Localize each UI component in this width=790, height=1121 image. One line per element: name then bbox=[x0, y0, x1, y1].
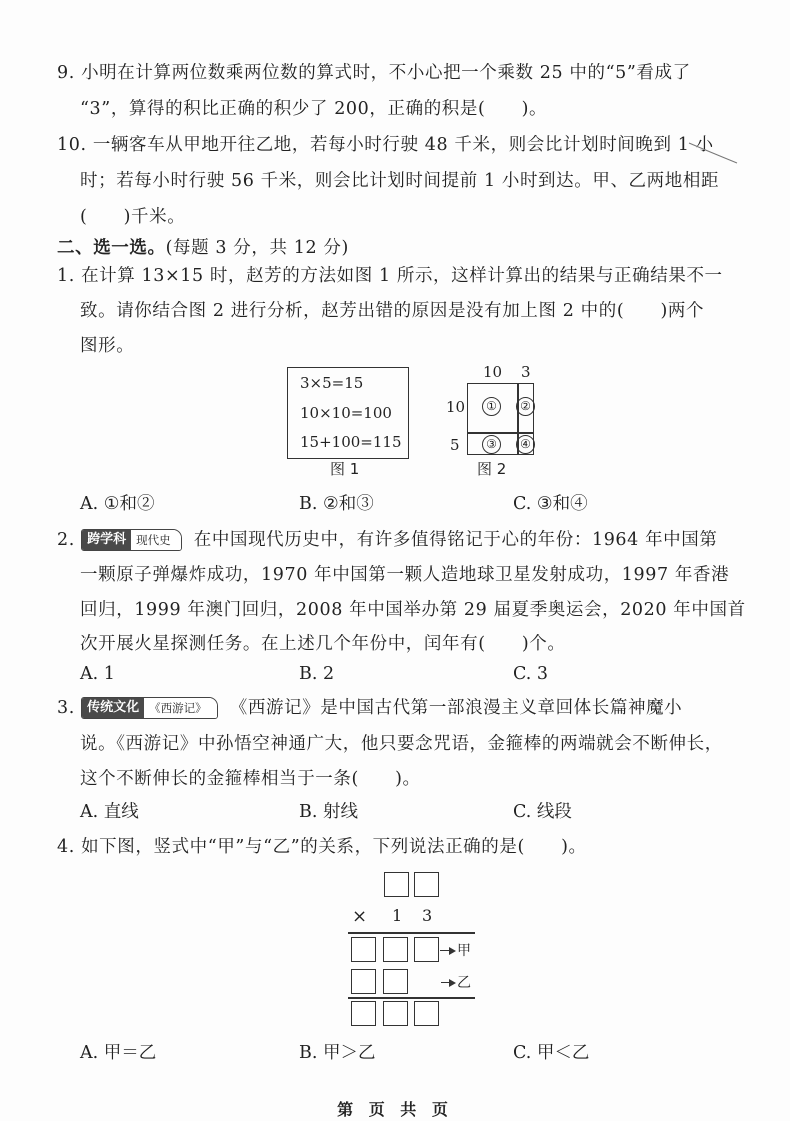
digit-box bbox=[383, 969, 408, 994]
figure-2-caption: 图 2 bbox=[477, 458, 506, 479]
option-letter: A. bbox=[80, 802, 98, 822]
arrow-right-icon bbox=[441, 982, 454, 983]
region-2-label: ② bbox=[516, 397, 535, 416]
figure-2-side-label: 5 bbox=[450, 436, 460, 454]
question-text: 《西游记》是中国古代第一部浪漫主义章回体长篇神魔小 bbox=[230, 698, 683, 718]
question-2-line-3: 回归，1999 年澳门回归，2008 年中国举办第 29 届夏季奥运会，2020… bbox=[80, 598, 746, 622]
figure-1-caption: 图 1 bbox=[330, 458, 359, 479]
section-title: 二、选一选。 bbox=[57, 238, 166, 258]
option-a[interactable]: A. 甲＝乙 bbox=[80, 1041, 156, 1065]
option-letter: A. bbox=[80, 1043, 98, 1063]
option-b[interactable]: B. 2 bbox=[299, 662, 334, 686]
subject-tag: 传统文化 《西游记》 bbox=[81, 697, 218, 719]
sum-line bbox=[348, 997, 475, 999]
digit-box bbox=[383, 937, 408, 962]
question-text: 在计算 13×15 时，赵芳的方法如图 1 所示，这样计算出的结果与正确结果不一 bbox=[81, 266, 723, 286]
option-b[interactable]: B. ②和③ bbox=[299, 492, 374, 516]
option-letter: C. bbox=[513, 1043, 531, 1063]
digit-box bbox=[414, 937, 439, 962]
option-a[interactable]: A. ①和② bbox=[80, 492, 154, 516]
multiplier-digit: 3 bbox=[422, 906, 432, 925]
option-letter: B. bbox=[299, 494, 317, 514]
question-3-line-1: 3. 传统文化 《西游记》 《西游记》是中国古代第一部浪漫主义章回体长篇神魔小 bbox=[57, 696, 682, 720]
option-text: ①和② bbox=[104, 494, 155, 514]
question-2-line-1: 2. 跨学科 现代史 在中国现代历史中，有许多值得铭记于心的年份：1964 年中… bbox=[57, 528, 717, 552]
sum-line bbox=[348, 932, 475, 934]
option-text: 2 bbox=[323, 664, 334, 684]
arrow-right-icon bbox=[440, 950, 454, 951]
option-text: 甲＞乙 bbox=[323, 1043, 376, 1063]
tag-secondary: 《西游记》 bbox=[144, 698, 217, 718]
option-letter: B. bbox=[299, 1043, 317, 1063]
digit-box bbox=[351, 969, 376, 994]
option-text: 线段 bbox=[537, 802, 572, 822]
figure-1-equation: 3×5=15 bbox=[300, 374, 363, 392]
option-letter: C. bbox=[513, 802, 531, 822]
option-c[interactable]: C. 线段 bbox=[513, 800, 572, 824]
figure-2-divider bbox=[467, 432, 534, 434]
tag-secondary: 现代史 bbox=[131, 530, 181, 550]
page-footer: 第 页 共 页 bbox=[0, 1097, 790, 1120]
figure-2-top-label: 3 bbox=[521, 363, 531, 381]
option-text: 3 bbox=[537, 664, 548, 684]
option-text: 甲＜乙 bbox=[537, 1043, 590, 1063]
digit-box bbox=[351, 1001, 376, 1026]
figure-1-equation: 10×10=100 bbox=[300, 404, 392, 422]
option-letter: A. bbox=[80, 494, 98, 514]
option-b[interactable]: B. 射线 bbox=[299, 800, 358, 824]
question-number: 3. bbox=[57, 698, 75, 718]
figure-2-top-label: 10 bbox=[483, 363, 502, 381]
question-number: 1. bbox=[57, 266, 75, 286]
section-2-heading: 二、选一选。(每题 3 分，共 12 分) bbox=[57, 236, 349, 260]
digit-box bbox=[414, 872, 439, 897]
digit-box bbox=[384, 872, 409, 897]
multiply-sign-icon: × bbox=[352, 906, 367, 927]
digit-box bbox=[351, 937, 376, 962]
figure-1-box: 3×5=15 10×10=100 15+100=115 bbox=[287, 367, 409, 459]
question-1-line-3: 图形。 bbox=[80, 334, 134, 358]
option-letter: B. bbox=[299, 802, 317, 822]
region-3-label: ③ bbox=[482, 435, 501, 454]
tag-primary: 跨学科 bbox=[82, 530, 131, 550]
row-label-yi: 乙 bbox=[457, 972, 471, 992]
row-label-jia: 甲 bbox=[457, 940, 471, 960]
figure-2-side-label: 10 bbox=[446, 398, 465, 416]
question-1-line-1: 1. 在计算 13×15 时，赵芳的方法如图 1 所示，这样计算出的结果与正确结… bbox=[57, 264, 723, 288]
question-number: 4. bbox=[57, 837, 75, 857]
question-1-line-2: 致。请你结合图 2 进行分析，赵芳出错的原因是没有加上图 2 中的( )两个 bbox=[80, 299, 704, 323]
option-text: 直线 bbox=[104, 802, 139, 822]
question-3-line-2: 说。《西游记》中孙悟空神通广大，他只要念咒语，金箍棒的两端就会不断伸长， bbox=[80, 732, 723, 756]
region-4-label: ④ bbox=[516, 435, 535, 454]
option-c[interactable]: C. 3 bbox=[513, 662, 548, 686]
option-c[interactable]: C. ③和④ bbox=[513, 492, 588, 516]
section-scoring: (每题 3 分，共 12 分) bbox=[166, 238, 349, 258]
option-text: 1 bbox=[104, 664, 115, 684]
option-a[interactable]: A. 1 bbox=[80, 662, 115, 686]
subject-tag: 跨学科 现代史 bbox=[81, 529, 182, 551]
option-text: ③和④ bbox=[537, 494, 588, 514]
question-4-line-1: 4. 如下图，竖式中“甲”与“乙”的关系，下列说法正确的是( )。 bbox=[57, 835, 587, 859]
question-3-line-3: 这个不断伸长的金箍棒相当于一条( )。 bbox=[80, 767, 421, 791]
question-text: 在中国现代历史中，有许多值得铭记于心的年份：1964 年中国第 bbox=[194, 530, 718, 550]
option-b[interactable]: B. 甲＞乙 bbox=[299, 1041, 376, 1065]
option-letter: C. bbox=[513, 664, 531, 684]
figure-1-equation: 15+100=115 bbox=[300, 433, 401, 451]
option-text: ②和③ bbox=[323, 494, 374, 514]
tag-primary: 传统文化 bbox=[82, 698, 144, 718]
question-number: 2. bbox=[57, 530, 75, 550]
question-2-line-4: 次开展火星探测任务。在上述几个年份中，闰年有( )个。 bbox=[80, 632, 565, 656]
option-text: 甲＝乙 bbox=[104, 1043, 157, 1063]
option-a[interactable]: A. 直线 bbox=[80, 800, 139, 824]
option-letter: C. bbox=[513, 494, 531, 514]
option-text: 射线 bbox=[323, 802, 358, 822]
question-2-line-2: 一颗原子弹爆炸成功，1970 年中国第一颗人造地球卫星发射成功，1997 年香港 bbox=[80, 563, 729, 587]
digit-box bbox=[383, 1001, 408, 1026]
option-c[interactable]: C. 甲＜乙 bbox=[513, 1041, 589, 1065]
question-text: 如下图，竖式中“甲”与“乙”的关系，下列说法正确的是( )。 bbox=[81, 837, 587, 857]
digit-box bbox=[414, 1001, 439, 1026]
region-1-label: ① bbox=[482, 397, 501, 416]
multiplier-digit: 1 bbox=[392, 906, 402, 925]
option-letter: A. bbox=[80, 664, 98, 684]
option-letter: B. bbox=[299, 664, 317, 684]
